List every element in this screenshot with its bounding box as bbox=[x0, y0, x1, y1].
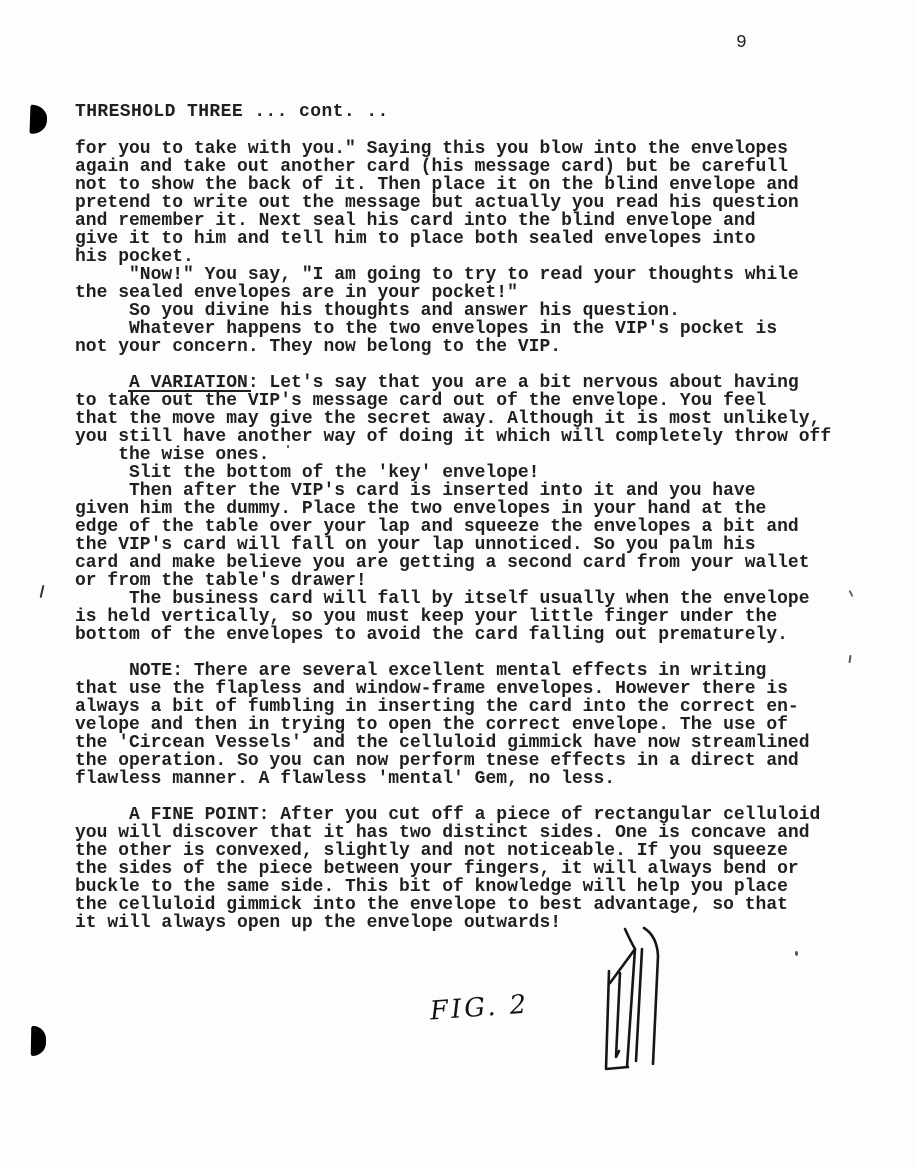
scanned-document-page: 9 THRESHOLD THREE ... cont. .. for you t… bbox=[0, 0, 917, 1168]
stray-scan-mark bbox=[795, 951, 798, 956]
ink-blob-bottom-icon bbox=[31, 1026, 47, 1056]
ink-blob-top-icon bbox=[29, 105, 47, 135]
document-body: for you to take with you." Saying this y… bbox=[75, 140, 875, 932]
page-number: 9 bbox=[736, 33, 747, 53]
paragraph: Then after the VIP's card is inserted in… bbox=[75, 482, 875, 590]
figure-caption: FIG. 2 bbox=[429, 990, 530, 1027]
paragraph: A VARIATION: Let's say that you are a bi… bbox=[75, 374, 875, 464]
margin-tick-mark bbox=[40, 585, 45, 598]
paragraph: "Now!" You say, "I am going to try to re… bbox=[75, 266, 875, 302]
paragraph-note: NOTE: There are several excellent mental… bbox=[75, 662, 875, 788]
page-title: THRESHOLD THREE ... cont. .. bbox=[75, 102, 389, 122]
celluloid-inner-line bbox=[616, 973, 620, 1057]
celluloid-strip-outer bbox=[644, 928, 658, 1064]
stray-scan-mark bbox=[287, 445, 289, 448]
paragraph-a-variation: A VARIATION: Let's say that you are a bi… bbox=[75, 374, 875, 464]
paragraph: The business card will fall by itself us… bbox=[75, 590, 875, 644]
a-variation-underline bbox=[128, 390, 251, 392]
envelope-sketch bbox=[593, 923, 673, 1081]
paragraph: Slit the bottom of the 'key' envelope! bbox=[75, 464, 875, 482]
celluloid-strip-inner bbox=[636, 949, 642, 1061]
paragraph: for you to take with you." Saying this y… bbox=[75, 140, 875, 266]
paragraph-fine-point: A FINE POINT: After you cut off a piece … bbox=[75, 806, 875, 932]
celluloid-top-curve bbox=[625, 929, 635, 949]
paragraph: Whatever happens to the two envelopes in… bbox=[75, 320, 875, 356]
envelope-flap-right-edge bbox=[610, 949, 635, 1067]
paragraph: So you divine his thoughts and answer hi… bbox=[75, 302, 875, 320]
